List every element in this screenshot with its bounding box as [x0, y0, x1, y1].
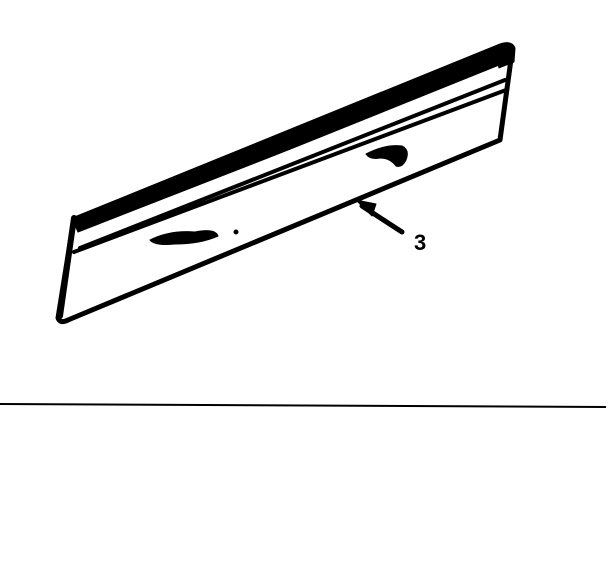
panel-left-end [60, 218, 74, 316]
trim-panel-part [58, 43, 515, 322]
rivet-dot [234, 230, 238, 234]
callout-3: 3 [356, 200, 426, 255]
parts-diagram: 3 [0, 0, 608, 579]
callout-label: 3 [414, 230, 426, 255]
separator-rule [0, 404, 606, 407]
callout-leader-line [362, 206, 402, 232]
panel-top-flange [72, 43, 515, 232]
mounting-slot-right [366, 146, 407, 167]
mounting-slot-left [150, 231, 218, 245]
